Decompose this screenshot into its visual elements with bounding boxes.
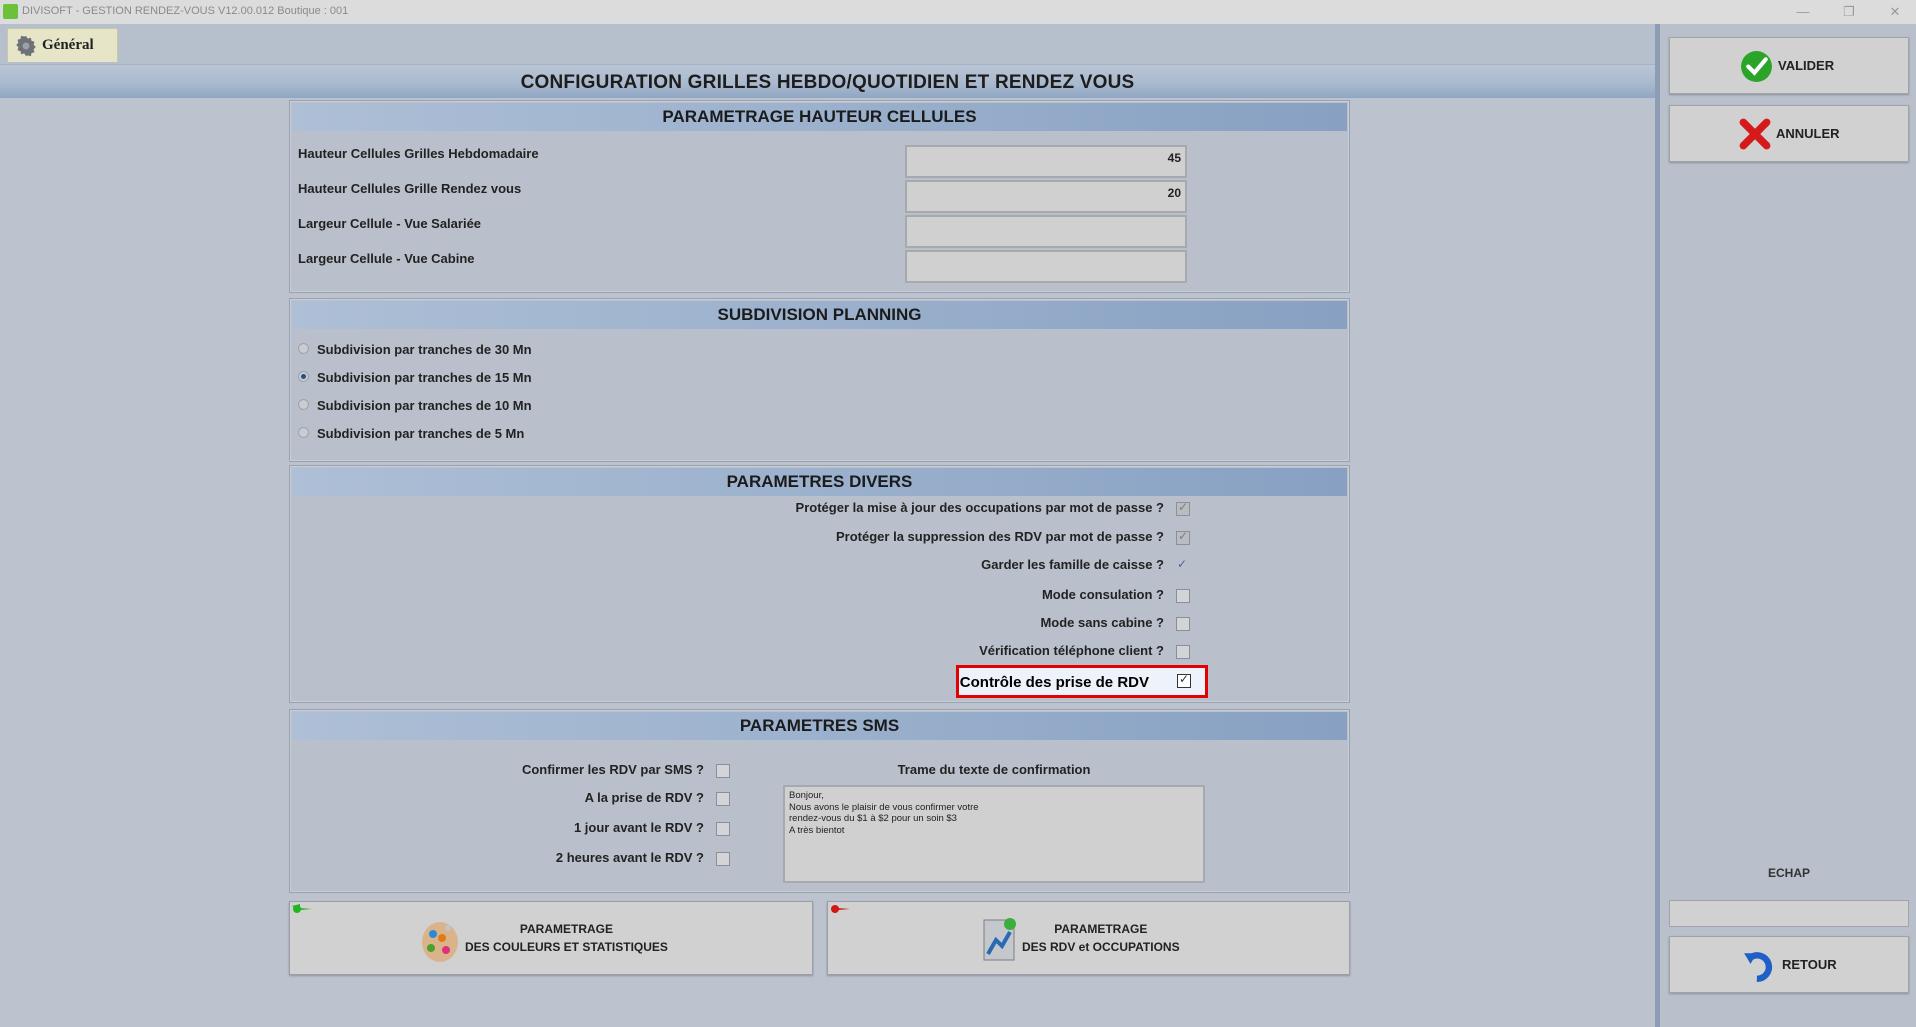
label-2-heures-avant: 2 heures avant le RDV ? [556,850,704,865]
rdv-button-line1: PARAMETRAGE [1022,920,1180,938]
panel-sms-header: PARAMETRES SMS [292,712,1347,740]
annuler-button[interactable]: ANNULER [1669,105,1909,162]
radio-subdivision-10[interactable] [298,399,309,410]
radio-label-subdivision-30: Subdivision par tranches de 30 Mn [317,342,532,357]
checkbox-verification-telephone[interactable] [1176,645,1190,659]
label-1-jour-avant: 1 jour avant le RDV ? [574,820,704,835]
radio-label-subdivision-10: Subdivision par tranches de 10 Mn [317,398,532,413]
label-verification-telephone: Vérification téléphone client ? [979,643,1164,658]
palette-icon [416,916,464,964]
window-title: DIVISOFT - GESTION RENDEZ-VOUS V12.00.01… [22,5,348,17]
hauteur-rdv-input[interactable]: 20 [905,180,1187,213]
annuler-label: ANNULER [1776,126,1840,141]
panel-subdivision-header: SUBDIVISION PLANNING [292,301,1347,329]
checkbox-proteger-suppression[interactable] [1176,531,1190,545]
valider-button[interactable]: VALIDER [1669,37,1909,94]
field-label-hauteur-hebdo: Hauteur Cellules Grilles Hebdomadaire [298,146,539,161]
echap-field[interactable] [1669,900,1909,927]
largeur-cabine-input[interactable] [905,250,1187,283]
tab-strip [0,24,1655,65]
field-label-largeur-cabine: Largeur Cellule - Vue Cabine [298,251,475,266]
label-garder-famille: Garder les famille de caisse ? [981,557,1164,572]
largeur-salariee-input[interactable] [905,215,1187,248]
checkbox-proteger-occupations[interactable] [1176,502,1190,516]
settings-document-icon [980,916,1020,964]
parametrage-rdv-button[interactable]: PARAMETRAGE DES RDV et OCCUPATIONS [827,901,1350,975]
radio-label-subdivision-15: Subdivision par tranches de 15 Mn [317,370,532,385]
controle-prise-rdv-row: Contrôle des prise de RDV [956,665,1208,698]
close-button[interactable]: ✕ [1875,2,1915,22]
panel-hauteur-header: PARAMETRAGE HAUTEUR CELLULES [292,103,1347,131]
return-arrow-icon [1742,949,1776,983]
retour-button[interactable]: RETOUR [1669,936,1909,993]
tab-general[interactable]: Général [7,28,118,62]
sms-template-textarea[interactable]: Bonjour, Nous avons le plaisir de vous c… [783,785,1205,883]
gear-icon [14,34,38,58]
label-mode-consultation: Mode consulation ? [1042,587,1164,602]
tab-general-label: Général [42,37,94,54]
field-label-hauteur-rdv: Hauteur Cellules Grille Rendez vous [298,181,521,196]
couleurs-button-line1: PARAMETRAGE [465,920,668,938]
label-controle-prise-rdv: Contrôle des prise de RDV [960,674,1149,691]
radio-label-subdivision-5: Subdivision par tranches de 5 Mn [317,426,524,441]
minimize-button[interactable]: — [1783,2,1823,22]
panel-sms-title: PARAMETRES SMS [292,716,1347,736]
radio-subdivision-5[interactable] [298,427,309,438]
green-check-icon [1740,50,1773,83]
checkbox-1-jour-avant[interactable] [716,822,730,836]
panel-divers-title: PARAMETRES DIVERS [292,472,1347,492]
panel-subdivision-title: SUBDIVISION PLANNING [292,305,1347,325]
panel-divers-header: PARAMETRES DIVERS [292,468,1347,496]
checkbox-garder-famille[interactable] [1176,559,1190,573]
red-flag-icon [830,904,850,914]
red-x-icon [1738,117,1772,151]
label-mode-sans-cabine: Mode sans cabine ? [1040,615,1164,630]
green-flag-icon [292,904,312,914]
checkbox-controle-prise-rdv[interactable] [1177,674,1191,688]
label-confirmer-sms: Confirmer les RDV par SMS ? [522,762,704,777]
checkbox-mode-consultation[interactable] [1176,589,1190,603]
page-title: CONFIGURATION GRILLES HEBDO/QUOTIDIEN ET… [0,72,1655,94]
hauteur-hebdo-input[interactable]: 45 [905,145,1187,178]
field-label-largeur-salariee: Largeur Cellule - Vue Salariée [298,216,481,231]
rdv-button-line2: DES RDV et OCCUPATIONS [1022,938,1180,956]
panel-hauteur-title: PARAMETRAGE HAUTEUR CELLULES [292,107,1347,127]
app-logo-icon [3,4,18,19]
radio-subdivision-30[interactable] [298,343,309,354]
valider-label: VALIDER [1778,58,1834,73]
checkbox-prise-rdv[interactable] [716,792,730,806]
couleurs-button-line2: DES COULEURS ET STATISTIQUES [465,938,668,956]
restore-button[interactable]: ❐ [1829,2,1869,22]
echap-label: ECHAP [1669,866,1909,880]
page-title-band: CONFIGURATION GRILLES HEBDO/QUOTIDIEN ET… [0,64,1655,98]
checkbox-mode-sans-cabine[interactable] [1176,617,1190,631]
label-trame-confirmation: Trame du texte de confirmation [783,762,1205,777]
window-title-bar: DIVISOFT - GESTION RENDEZ-VOUS V12.00.01… [0,0,1916,24]
radio-subdivision-15[interactable] [298,371,309,382]
checkbox-confirmer-sms[interactable] [716,764,730,778]
retour-label: RETOUR [1782,957,1837,972]
parametrage-couleurs-button[interactable]: PARAMETRAGE DES COULEURS ET STATISTIQUES [289,901,813,975]
label-proteger-occupations: Protéger la mise à jour des occupations … [796,500,1164,515]
checkbox-2-heures-avant[interactable] [716,852,730,866]
label-prise-rdv: A la prise de RDV ? [585,790,704,805]
label-proteger-suppression: Protéger la suppression des RDV par mot … [836,529,1164,544]
